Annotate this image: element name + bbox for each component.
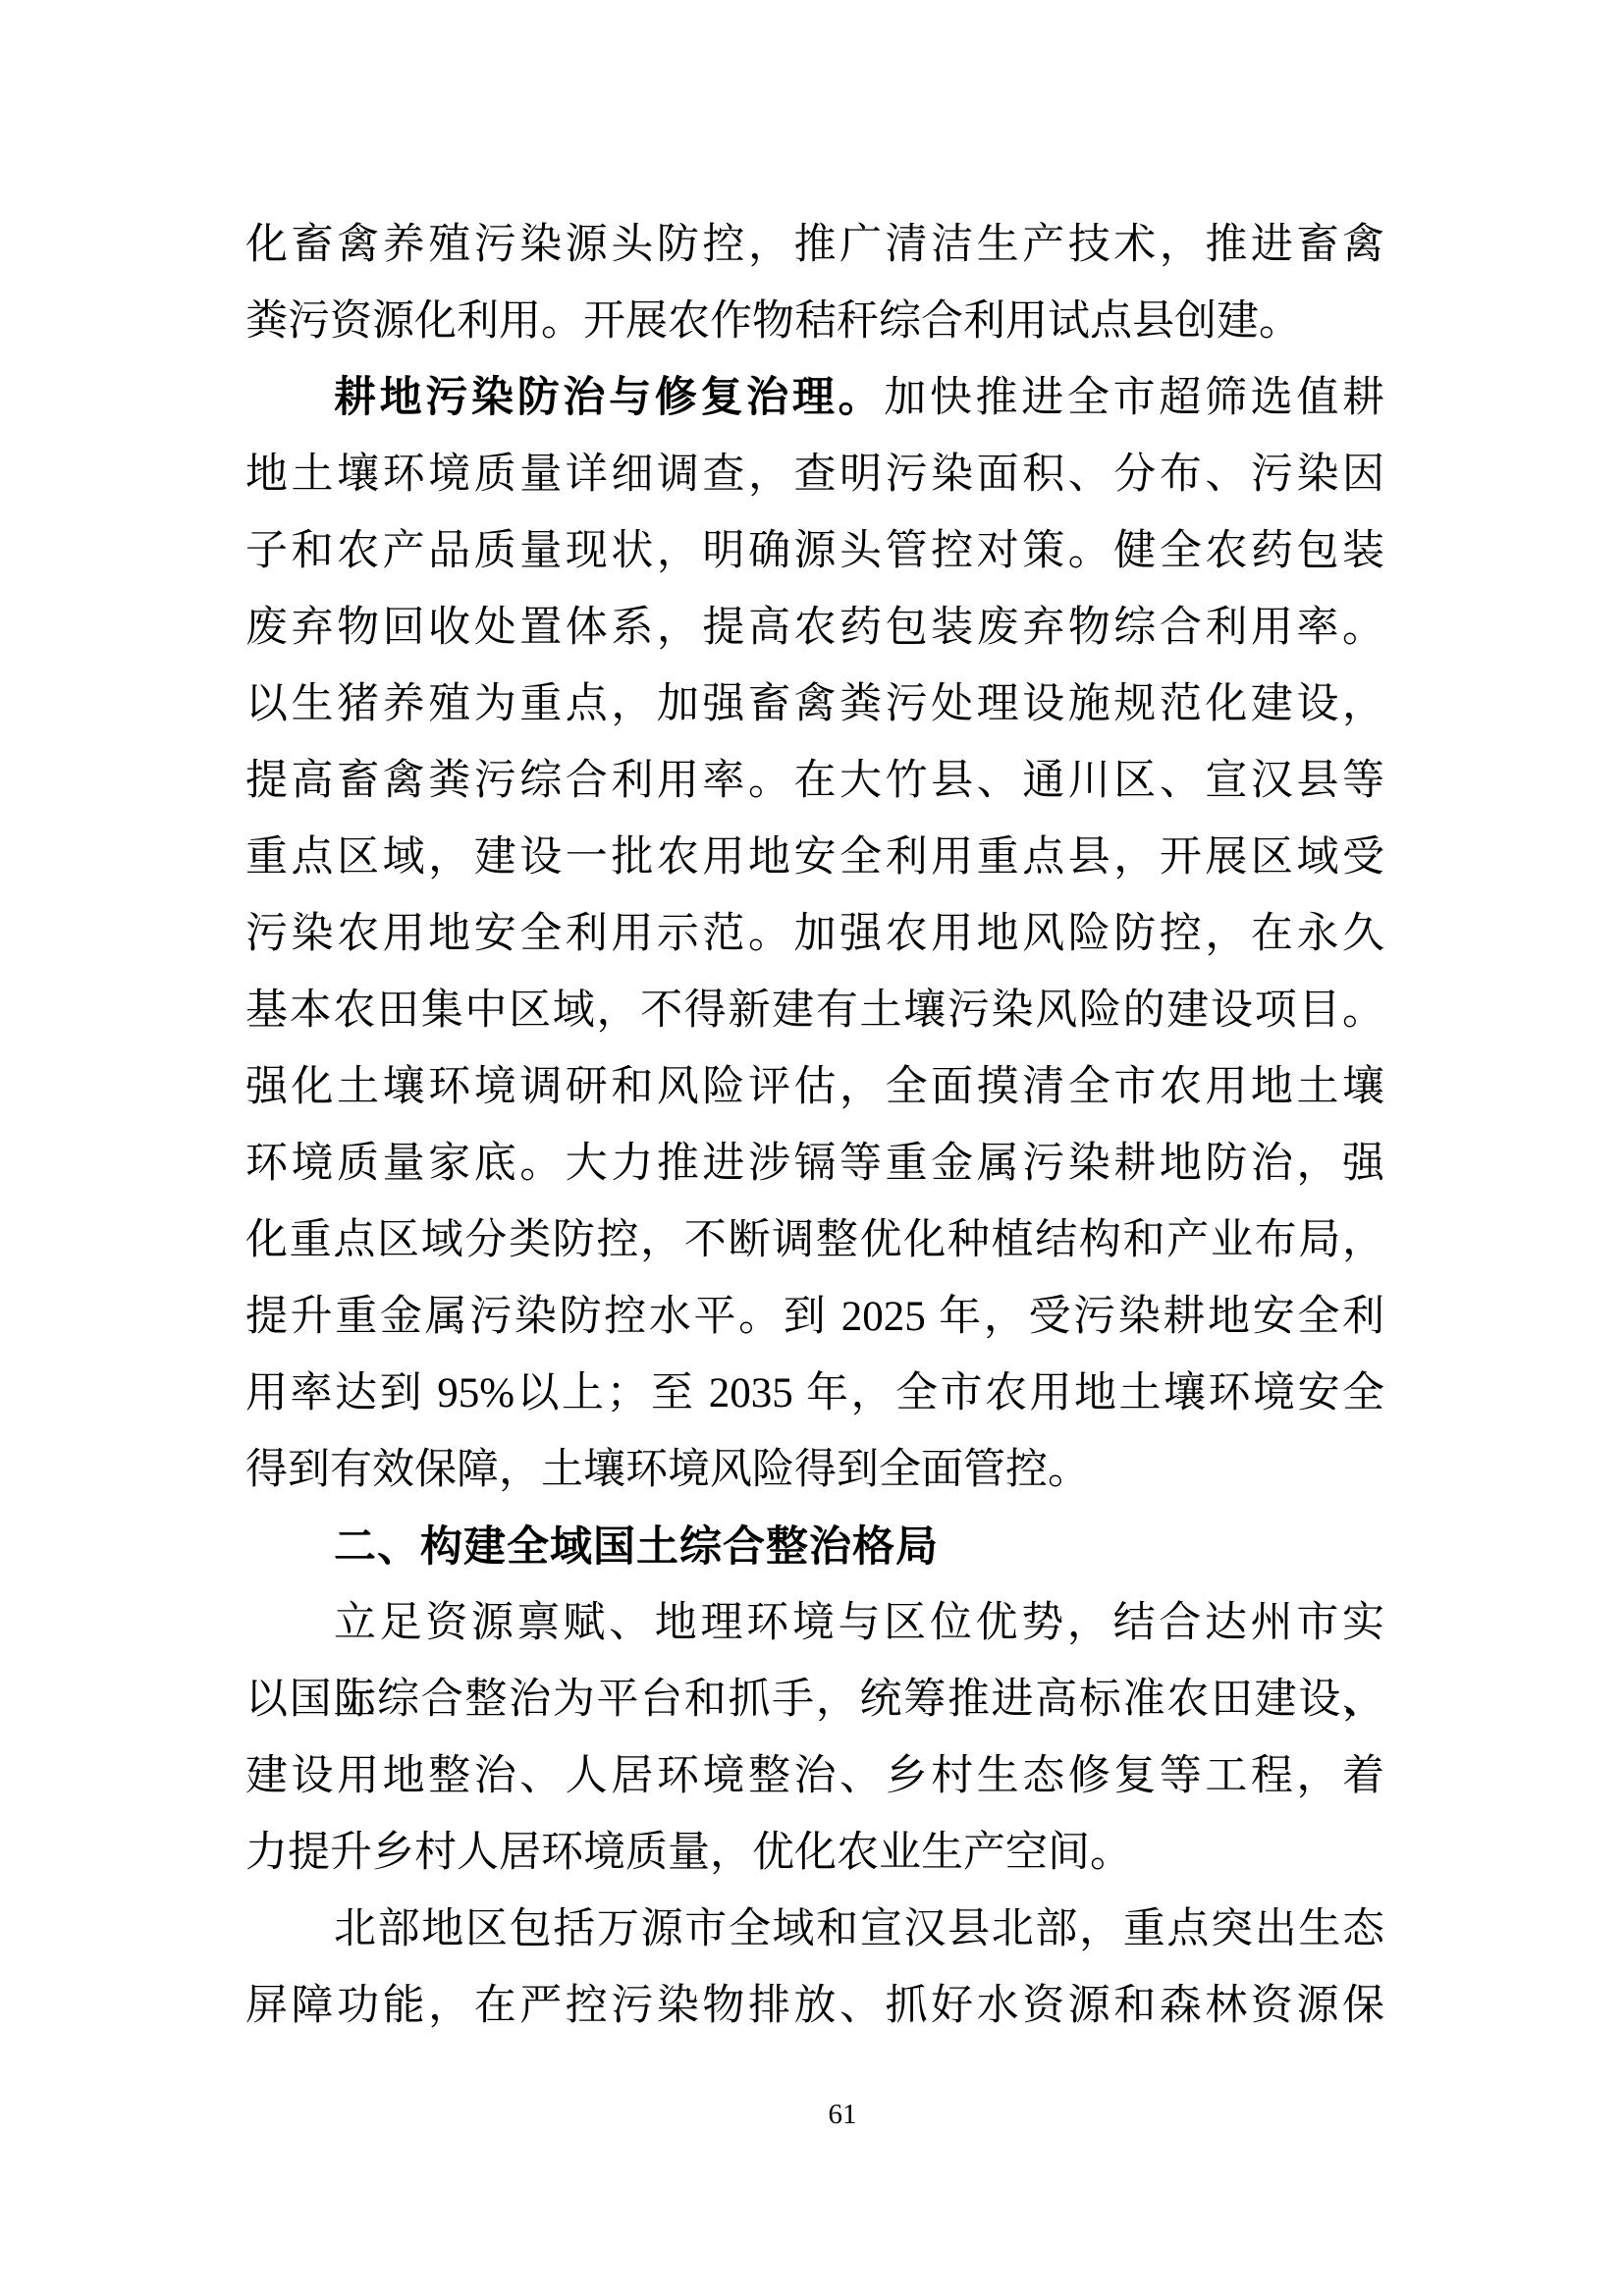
text-line: 建设用地整治、人居环境整治、乡村生态修复等工程，着: [245, 1738, 1384, 1815]
text-line: 粪污资源化利用。开展农作物秸秆综合利用试点县创建。: [245, 284, 1384, 360]
text-line: 重点区域，建设一批农用地安全利用重点县，开展区域受: [245, 820, 1384, 896]
section-heading: 二、构建全域国土综合整治格局: [245, 1509, 1384, 1585]
text-line: 屏障功能，在严控污染物排放、抓好水资源和森林资源保: [245, 1968, 1384, 2045]
text-line: 提高畜禽粪污综合利用率。在大竹县、通川区、宣汉县等: [245, 743, 1384, 820]
text-line: 耕地污染防治与修复治理。加快推进全市超筛选值耕: [245, 360, 1384, 437]
bold-lead: 耕地污染防治与修复治理。: [334, 375, 884, 421]
text-line: 化畜禽养殖污染源头防控，推广清洁生产技术，推进畜禽: [245, 207, 1384, 284]
page-number: 61: [829, 2095, 857, 2134]
paragraph-farmland-pollution: 耕地污染防治与修复治理。加快推进全市超筛选值耕 地土壤环境质量详细调查，查明污染…: [245, 360, 1384, 1509]
text-run: 加快推进全市超筛选值耕: [884, 375, 1384, 421]
text-line: 用率达到 95%以上；至 2035 年，全市农用地土壤环境安全: [245, 1356, 1384, 1432]
text-line: 提升重金属污染防控水平。到 2025 年，受污染耕地安全利: [245, 1279, 1384, 1356]
document-page: 化畜禽养殖污染源头防控，推广清洁生产技术，推进畜禽 粪污资源化利用。开展农作物秸…: [0, 0, 1624, 2296]
text-line: 化重点区域分类防控，不断调整优化种植结构和产业布局，: [245, 1202, 1384, 1279]
text-line: 以国土综合整治为平台和抓手，统筹推进高标准农田建设、: [245, 1662, 1384, 1738]
text-line: 污染农用地安全利用示范。加强农用地风险防控，在永久: [245, 896, 1384, 973]
text-line: 得到有效保障，土壤环境风险得到全面管控。: [245, 1432, 1384, 1509]
text-line: 强化土壤环境调研和风险评估，全面摸清全市农用地土壤: [245, 1049, 1384, 1126]
text-line: 力提升乡村人居环境质量，优化农业生产空间。: [245, 1815, 1384, 1892]
paragraph-northern-region: 北部地区包括万源市全域和宣汉县北部，重点突出生态 屏障功能，在严控污染物排放、抓…: [245, 1892, 1384, 2045]
text-line: 地土壤环境质量详细调查，查明污染面积、分布、污染因: [245, 437, 1384, 513]
text-line: 环境质量家底。大力推进涉镉等重金属污染耕地防治，强: [245, 1126, 1384, 1202]
text-line: 以生猪养殖为重点，加强畜禽粪污处理设施规范化建设，: [245, 667, 1384, 743]
text-line: 北部地区包括万源市全域和宣汉县北部，重点突出生态: [245, 1892, 1384, 1968]
text-block: 化畜禽养殖污染源头防控，推广清洁生产技术，推进畜禽 粪污资源化利用。开展农作物秸…: [245, 207, 1384, 2045]
paragraph-land-consolidation: 立足资源禀赋、地理环境与区位优势，结合达州市实际， 以国土综合整治为平台和抓手，…: [245, 1585, 1384, 1892]
text-line: 子和农产品质量现状，明确源头管控对策。健全农药包装: [245, 513, 1384, 590]
text-line: 废弃物回收处置体系，提高农药包装废弃物综合利用率。: [245, 590, 1384, 667]
paragraph-continuation: 化畜禽养殖污染源头防控，推广清洁生产技术，推进畜禽 粪污资源化利用。开展农作物秸…: [245, 207, 1384, 360]
text-line: 立足资源禀赋、地理环境与区位优势，结合达州市实际，: [245, 1585, 1384, 1662]
text-line: 基本农田集中区域，不得新建有土壤污染风险的建设项目。: [245, 973, 1384, 1049]
